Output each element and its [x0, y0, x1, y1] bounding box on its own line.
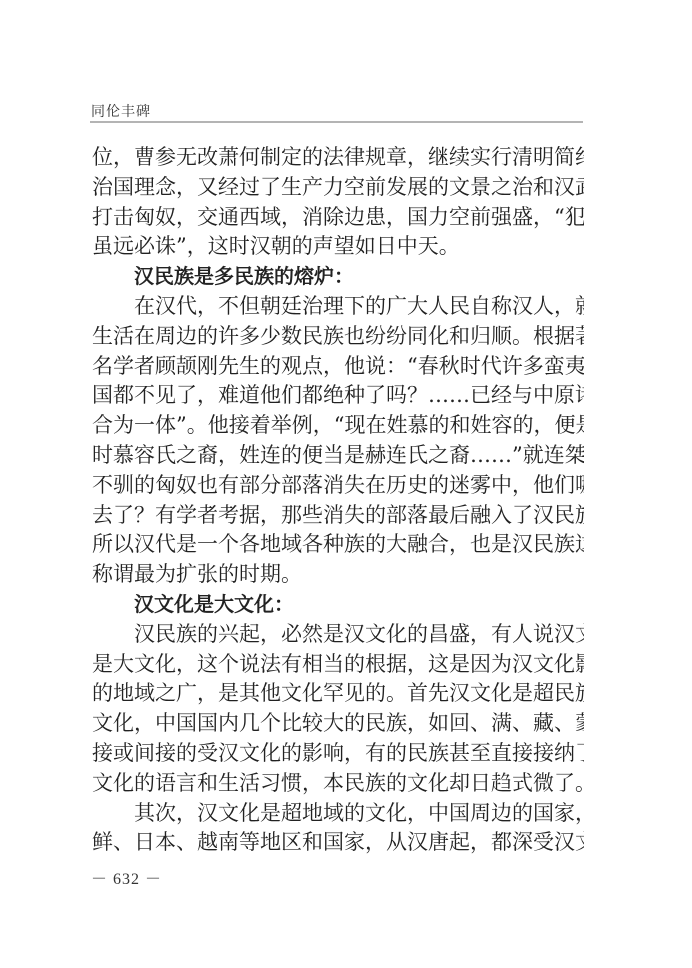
- text-line: 所以汉代是一个各地域各种族的大融合，也是汉民族这个: [92, 530, 584, 560]
- text-line: 去了？有学者考据，那些消失的部落最后融入了汉民族，: [92, 501, 584, 531]
- header-divider: [90, 121, 583, 123]
- text-line: 的地域之广，是其他文化罕见的。首先汉文化是超民族的: [92, 679, 584, 709]
- text-line: 虽远必诛”，这时汉朝的声望如日中天。: [92, 232, 584, 262]
- page-body: 位，曹参无改萧何制定的法律规章，继续实行清明简约的 治国理念，又经过了生产力空前…: [92, 143, 584, 858]
- text-line: 接或间接的受汉文化的影响，有的民族甚至直接接纳了汉: [92, 739, 584, 769]
- text-line: 文化，中国国内几个比较大的民族，如回、满、藏、蒙，都直: [92, 709, 584, 739]
- text-line: 在汉代，不但朝廷治理下的广大人民自称汉人，就连: [92, 292, 584, 322]
- text-line: 不驯的匈奴也有部分部落消失在历史的迷雾中，他们哪里: [92, 471, 584, 501]
- text-line: 生活在周边的许多少数民族也纷纷同化和归顺。根据著: [92, 322, 584, 352]
- text-line: 鲜、日本、越南等地区和国家，从汉唐起，都深受汉文化的: [92, 828, 584, 858]
- text-line: 国都不见了，难道他们都绝种了吗？……已经与中原诸国: [92, 381, 584, 411]
- text-line: 是大文化，这个说法有相当的根据，这是因为汉文化影响: [92, 650, 584, 680]
- text-line: 称谓最为扩张的时期。: [92, 560, 584, 590]
- running-header-title: 同伦丰碑: [91, 101, 151, 121]
- text-line: 文化的语言和生活习惯，本民族的文化却日趋式微了。: [92, 769, 584, 799]
- page-number: － 632 －: [91, 866, 162, 889]
- text-line: 治国理念，又经过了生产力空前发展的文景之治和汉武帝: [92, 173, 584, 203]
- text-line: 位，曹参无改萧何制定的法律规章，继续实行清明简约的: [92, 143, 584, 173]
- text-line: 时慕容氏之裔，姓连的便当是赫连氏之裔……”就连桀骜: [92, 441, 584, 471]
- section-heading: 汉文化是大文化：: [92, 590, 584, 620]
- section-heading: 汉民族是多民族的熔炉：: [92, 262, 584, 292]
- text-line: 打击匈奴，交通西域，消除边患，国力空前强盛，“犯强汉者: [92, 203, 584, 233]
- text-line: 名学者顾颉刚先生的观点，他说：“春秋时代许多蛮夷到战: [92, 352, 584, 382]
- text-line: 合为一体”。他接着举例，“现在姓慕的和姓容的，便是当: [92, 411, 584, 441]
- text-line: 其次，汉文化是超地域的文化，中国周边的国家，像朝: [92, 799, 584, 829]
- text-line: 汉民族的兴起，必然是汉文化的昌盛，有人说汉文化: [92, 620, 584, 650]
